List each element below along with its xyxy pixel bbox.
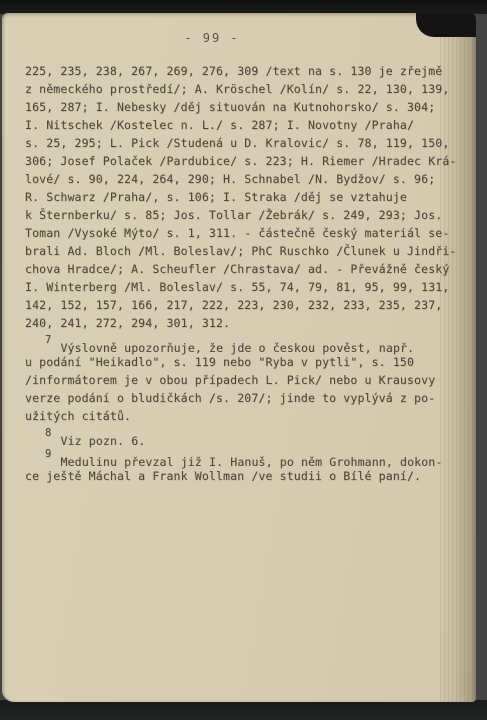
text-line: k Šternberku/ s. 85; Jos. Tollar /Žebrák… [25, 206, 450, 224]
text-line: R. Schwarz /Praha/, s. 106; I. Straka /d… [25, 188, 450, 206]
footnote-first-line: 7Výslovně upozorňuje, že jde o českou po… [25, 335, 450, 353]
text-line: /informátorem je v obou případech L. Pic… [25, 371, 450, 389]
text-line: 225, 235, 238, 267, 269, 276, 309 /text … [25, 62, 450, 80]
book-page: - 99 - 225, 235, 238, 267, 269, 276, 309… [2, 13, 476, 702]
text-line: verze podání o bludičkách /s. 207/; jind… [25, 389, 450, 407]
footnote-number: 8 [45, 424, 51, 442]
bottom-dark-band [0, 700, 487, 720]
page-number: - 99 - [2, 31, 422, 45]
text-line: I. Nitschek /Kostelec n. L./ s. 287; I. … [25, 116, 450, 134]
text-line: u podání "Heikadlo", s. 119 nebo "Ryba v… [25, 353, 450, 371]
footnote-text: Viz pozn. 6. [60, 434, 145, 448]
text-line: s. 25, 295; L. Pick /Studená u D. Kralov… [25, 134, 450, 152]
text-line: z německého prostředí/; A. Kröschel /Kol… [25, 80, 450, 98]
footnote-7: 7Výslovně upozorňuje, že jde o českou po… [25, 335, 450, 425]
scanned-book-photo: - 99 - 225, 235, 238, 267, 269, 276, 309… [0, 0, 487, 720]
footnote-number: 7 [45, 331, 51, 349]
footnote-first-line: 9Medulinu převzal již I. Hanuš, po něm G… [25, 449, 450, 467]
text-line: chova Hradce/; A. Scheufler /Chrastava/ … [25, 260, 450, 278]
text-line: 165, 287; I. Nebesky /děj situován na Ku… [25, 98, 450, 116]
footnote-first-line: 8Viz pozn. 6. [25, 428, 450, 446]
text-line: lové/ s. 90, 224, 264, 290; H. Schnabel … [25, 170, 450, 188]
top-right-shadow [416, 13, 476, 37]
body-paragraph: 225, 235, 238, 267, 269, 276, 309 /text … [25, 62, 450, 332]
footnote-8: 8Viz pozn. 6. [25, 428, 450, 446]
text-line: 240, 241, 272, 294, 301, 312. [25, 314, 450, 332]
text-line: brali Ad. Bloch /Ml. Boleslav/; PhC Rusc… [25, 242, 450, 260]
text-line: 306; Josef Polaček /Pardubice/ s. 223; H… [25, 152, 450, 170]
text-line: Toman /Vysoké Mýto/ s. 1, 311. - částečn… [25, 224, 450, 242]
footnote-9: 9Medulinu převzal již I. Hanuš, po něm G… [25, 449, 450, 485]
page-text: 225, 235, 238, 267, 269, 276, 309 /text … [25, 62, 450, 485]
text-line: 142, 152, 157, 166, 217, 222, 223, 230, … [25, 296, 450, 314]
text-line: užitých citátů. [25, 407, 450, 425]
top-dark-band [0, 0, 487, 14]
text-line: ce ještě Máchal a Frank Wollman /ve stud… [25, 467, 450, 485]
text-line: I. Winterberg /Ml. Boleslav/ s. 55, 74, … [25, 278, 450, 296]
footnote-number: 9 [45, 445, 51, 463]
